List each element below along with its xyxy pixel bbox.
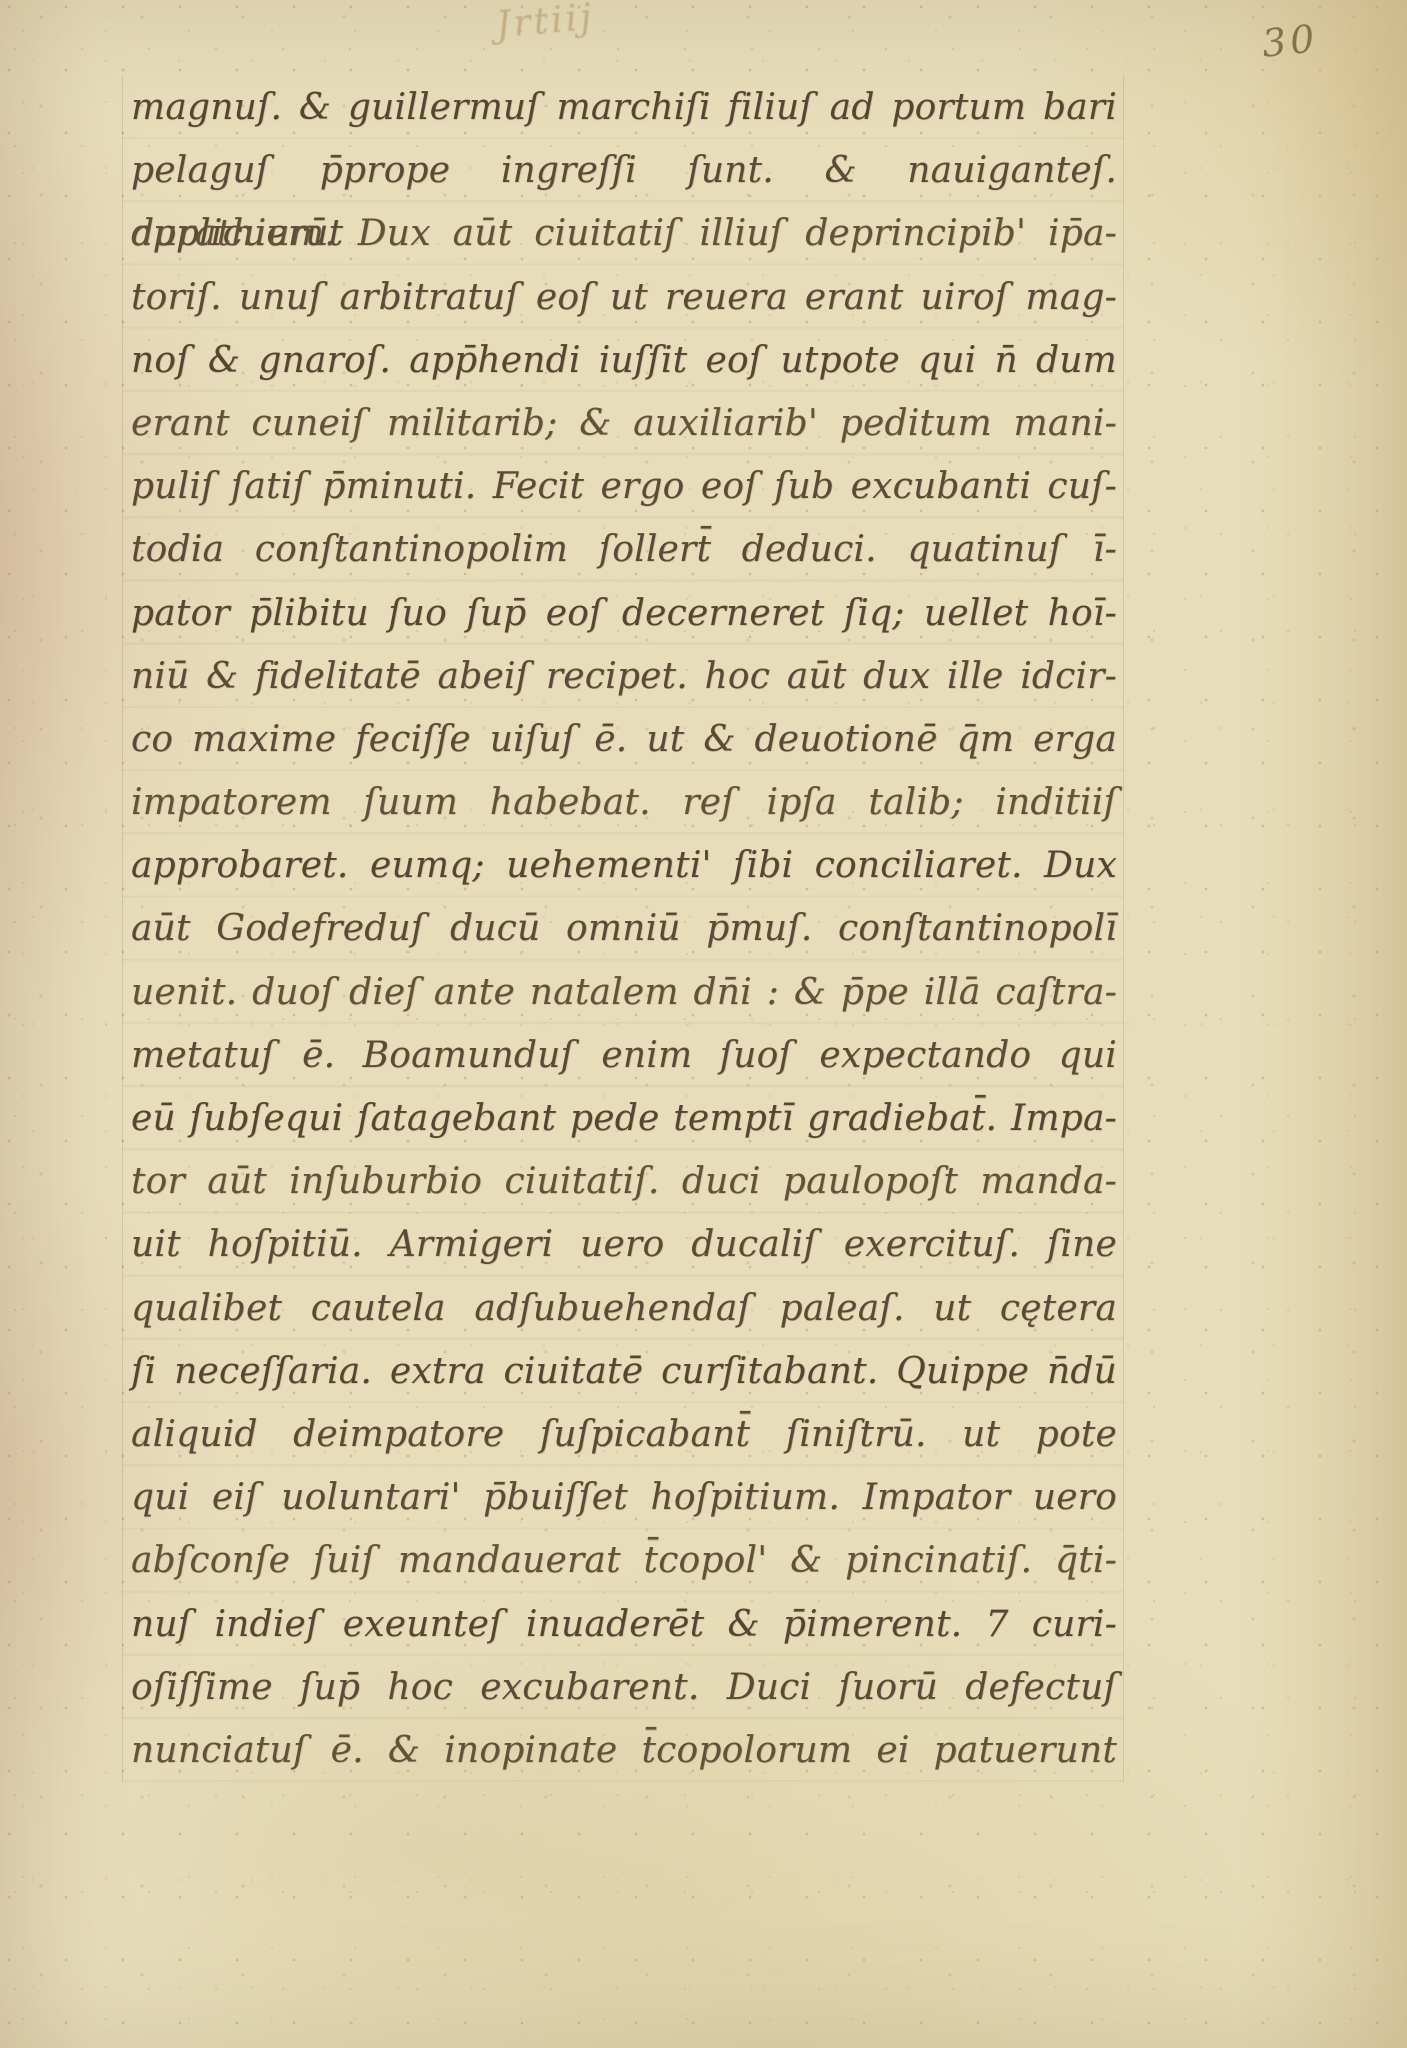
manuscript-line: pator p̄libitu ſuo ſup̄ eoſ decerneret ſ… xyxy=(131,582,1117,645)
manuscript-line: todia conſtantinopolim ſollert̄ deduci. … xyxy=(131,518,1117,581)
manuscript-line: uit hoſpitiū. Armigeri uero ducaliſ exer… xyxy=(131,1213,1117,1276)
manuscript-line: qui eiſ uoluntari' p̄buiſſet hoſpitium. … xyxy=(131,1466,1117,1529)
folio-number: 30 xyxy=(1260,19,1320,63)
manuscript-line: pelaguſ p̄prope ingreſſi ſunt. & nauigan… xyxy=(131,139,1117,202)
manuscript-line: noſ & gnaroſ. app̄hendi iuſſit eoſ utpot… xyxy=(131,329,1117,392)
manuscript-page: Jrtiij 30 magnuſ. & guillermuſ marchiſi … xyxy=(0,0,1407,2048)
manuscript-line: co maxime feciſſe uiſuſ ē. ut & deuotion… xyxy=(131,708,1117,771)
manuscript-line: metatuſ ē. Boamunduſ enim ſuoſ expectand… xyxy=(131,1024,1117,1087)
text-block: magnuſ. & guillermuſ marchiſi filiuſ ad … xyxy=(122,76,1124,1782)
manuscript-line: ſi neceſſaria. extra ciuitatē curſitaban… xyxy=(131,1340,1117,1403)
manuscript-line: toriſ. unuſ arbitratuſ eoſ ut reuera era… xyxy=(131,266,1117,329)
manuscript-line: niū & fidelitatē abeiſ recipet. hoc aūt … xyxy=(131,645,1117,708)
manuscript-line: erant cuneiſ militarib; & auxiliarib' pe… xyxy=(131,392,1117,455)
manuscript-line: nuſ indieſ exeunteſ inuaderēt & p̄imeren… xyxy=(131,1593,1117,1656)
manuscript-line: puliſ ſatiſ p̄minuti. Fecit ergo eoſ ſub… xyxy=(131,455,1117,518)
manuscript-line: eū ſubſequi ſatagebant pede temptī gradi… xyxy=(131,1087,1117,1150)
manuscript-line: abſconſe ſuiſ mandauerat t̄copol' & pinc… xyxy=(131,1529,1117,1592)
manuscript-line: aliquid deimpatore ſuſpicabant̄ ſiniſtrū… xyxy=(131,1403,1117,1466)
manuscript-line: tor aūt inſuburbio ciuitatiſ. duci paulo… xyxy=(131,1150,1117,1213)
quire-mark: Jrtiij xyxy=(495,0,596,44)
manuscript-line: impatorem ſuum habebat. reſ ipſa talib; … xyxy=(131,771,1117,834)
manuscript-line: oſiſſime ſup̄ hoc excubarent. Duci ſuorū… xyxy=(131,1656,1117,1719)
manuscript-line: nunciatuſ ē. & inopinate t̄copolorum ei … xyxy=(131,1719,1117,1782)
manuscript-line: qualibet cautela adſubuehendaſ paleaſ. u… xyxy=(131,1277,1117,1340)
manuscript-line: magnuſ. & guillermuſ marchiſi filiuſ ad … xyxy=(131,76,1117,139)
manuscript-line: uenit. duoſ dieſ ante natalem dn̄i : & p… xyxy=(131,961,1117,1024)
manuscript-line: durathium. Dux aūt ciuitatiſ illiuſ depr… xyxy=(131,202,1117,265)
manuscript-line: aūt Godefreduſ ducū omniū p̄muſ. conſtan… xyxy=(131,897,1117,960)
manuscript-line: approbaret. eumq; uehementi' ſibi concil… xyxy=(131,834,1117,897)
